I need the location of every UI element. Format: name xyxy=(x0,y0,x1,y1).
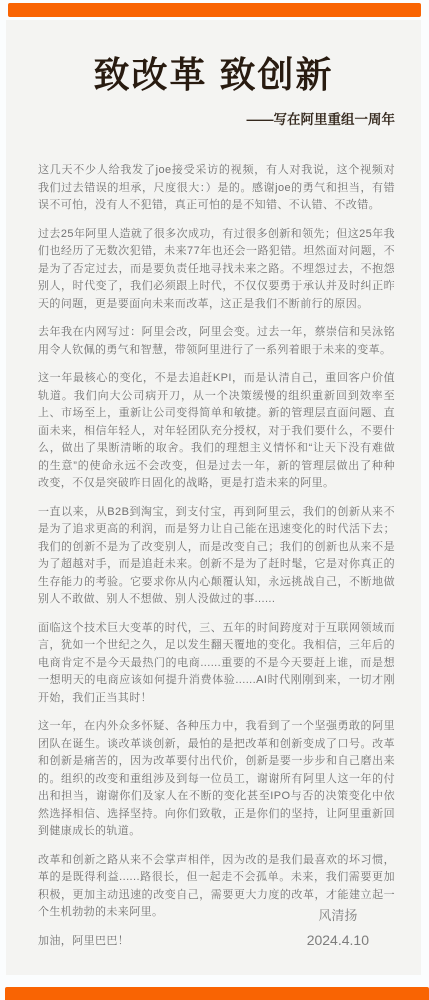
paragraph: 过去25年阿里人造就了很多次成功，有过很多创新和领先；但这25年我们也经历了无数… xyxy=(38,226,395,314)
paragraph: 这几天不少人给我发了joe接受采访的视频，有人对我说，这个视频对我们过去错误的坦… xyxy=(38,162,395,215)
letter-title: 致改革 致创新 xyxy=(6,53,421,96)
signature-name: 风清扬 xyxy=(307,905,369,924)
paragraph: 面临这个技术巨大变革的时代，三、五年的时间跨度对于互联网领域而言，犹如一个世纪之… xyxy=(38,620,395,708)
bottom-accent-bar xyxy=(5,987,429,1000)
signature-block: 风清扬 2024.4.10 xyxy=(307,905,369,948)
letter-subtitle: ——写在阿里重组一周年 xyxy=(6,108,421,128)
letter-body: 这几天不少人给我发了joe接受采访的视频，有人对我说，这个视频对我们过去错误的坦… xyxy=(6,162,421,950)
paragraph: 这一年最核心的变化，不是去追赶KPI，而是认清自己，重回客户价值轨道。我们向大公… xyxy=(38,370,395,493)
top-accent-bar xyxy=(8,3,421,17)
paragraph: 这一年，在内外众多怀疑、各种压力中，我看到了一个坚强勇敢的阿里团队在诞生。谈改革… xyxy=(38,718,395,841)
paragraph: 去年我在内网写过：阿里会改，阿里会变。过去一年，蔡崇信和吴泳铭用令人钦佩的勇气和… xyxy=(38,324,395,359)
signature-date: 2024.4.10 xyxy=(307,932,369,948)
paragraph: 一直以来，从B2B到淘宝，到支付宝，再到阿里云，我们的创新从来不是为了追求更高的… xyxy=(38,504,395,609)
letter-page: 致改革 致创新 ——写在阿里重组一周年 这几天不少人给我发了joe接受采访的视频… xyxy=(6,20,421,975)
